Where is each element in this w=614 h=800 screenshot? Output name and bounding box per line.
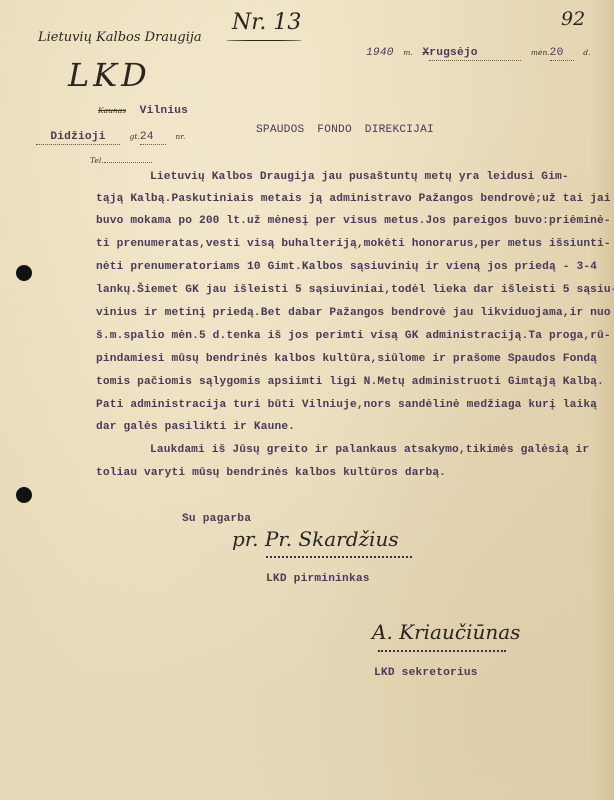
house-label: nr. bbox=[175, 132, 185, 141]
closing-line: Laukdami iš Jūsų greito ir palankaus ats… bbox=[150, 444, 589, 456]
date-month-struck: X bbox=[422, 47, 429, 59]
chair-signature-line bbox=[266, 556, 412, 558]
body-line: tąją Kalbą.Paskutiniais metais ją admini… bbox=[96, 193, 611, 205]
date-year-label: m. bbox=[403, 48, 413, 57]
body-line: nėti prenumeratoriams 10 Gimt.Kalbos sąs… bbox=[96, 261, 597, 273]
date-day: 20 bbox=[550, 47, 564, 59]
chair-title: LKD pirmininkas bbox=[266, 573, 370, 585]
addressee: SPAUDOS FONDO DIREKCIJAI bbox=[256, 124, 434, 136]
city-typed: Vilnius bbox=[140, 105, 188, 117]
secretary-title: LKD sekretorius bbox=[374, 667, 478, 679]
street-label: gt. bbox=[130, 132, 140, 141]
date-day-label: d. bbox=[583, 48, 590, 57]
body-line: tomis pačiomis sąlygomis apsiimti ligi N… bbox=[96, 376, 604, 388]
reference-number: Nr. 13 bbox=[232, 10, 301, 35]
phone-label: Tel. bbox=[90, 156, 104, 165]
secretary-signature: A. Kriaučiūnas bbox=[372, 620, 520, 644]
salutation: Su pagarba bbox=[182, 513, 251, 525]
street-field: Didžioji bbox=[36, 126, 120, 145]
secretary-signature-line bbox=[378, 650, 506, 652]
street-value: Didžioji bbox=[50, 131, 105, 143]
date-month-field: rugsėjo bbox=[429, 42, 521, 61]
body-line: lankų.Šiemet GK jau išleisti 5 sąsiuvini… bbox=[96, 284, 614, 296]
body-line: Pati administracija turi būti Vilniuje,n… bbox=[96, 399, 597, 411]
page-number: 92 bbox=[561, 8, 585, 30]
phone-line: Tel. bbox=[90, 150, 152, 168]
date-day-field: 20 bbox=[550, 42, 574, 61]
date-month: rugsėjo bbox=[429, 47, 477, 59]
body-line: Lietuvių Kalbos Draugija jau pusaštuntų … bbox=[150, 171, 569, 183]
closing-line: toliau varyti mūsų bendrinės kalbos kult… bbox=[96, 467, 446, 479]
date-line: 1940 m. Xrugsėjo mėn.20 d. bbox=[366, 42, 590, 61]
org-monogram: LKD bbox=[68, 56, 151, 94]
body-line: pindamiesi mūsų bendrinės kalbos kultūra… bbox=[96, 353, 597, 365]
punch-hole-top bbox=[16, 265, 32, 281]
city-line: Kaunas Vilnius bbox=[98, 100, 188, 118]
body-line: vinius ir metinį priedą.Bet dabar Pažang… bbox=[96, 307, 611, 319]
house-value: 24 bbox=[140, 131, 154, 143]
address-line: Didžioji gt.24 nr. bbox=[36, 126, 185, 145]
chair-signature: pr. Pr. Skardžius bbox=[232, 527, 399, 551]
phone-field bbox=[104, 162, 152, 163]
house-field: 24 bbox=[140, 126, 166, 145]
punch-hole-bottom bbox=[16, 487, 32, 503]
body-line: ti prenumeratas,vesti visą buhalteriją,m… bbox=[96, 238, 611, 250]
body-line: š.m.spalio mėn.5 d.tenka iš jos perimti … bbox=[96, 330, 611, 342]
body-line: buvo mokama po 200 lt.už mėnesį per visu… bbox=[96, 215, 611, 227]
body-line: dar galės pasilikti ir Kaune. bbox=[96, 421, 295, 433]
city-printed-struck: Kaunas bbox=[98, 106, 126, 115]
org-name: Lietuvių Kalbos Draugija bbox=[38, 30, 202, 45]
date-month-label: mėn. bbox=[531, 48, 550, 57]
reference-underline bbox=[226, 40, 302, 41]
date-year: 1940 bbox=[366, 47, 394, 59]
